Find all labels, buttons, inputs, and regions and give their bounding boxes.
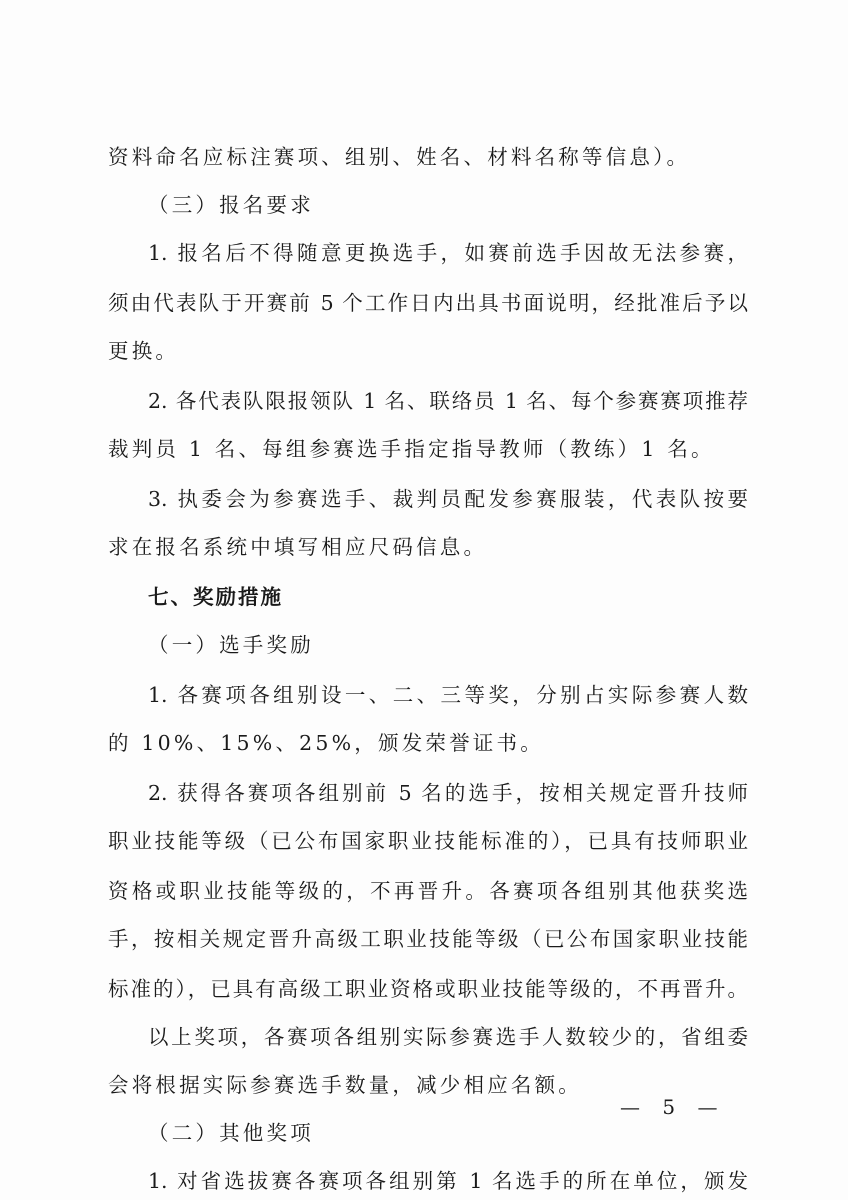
body-line: 裁判员 1 名、每组参赛选手指定指导教师（教练）1 名。 [108, 434, 748, 464]
body-line: 更换。 [108, 336, 748, 366]
body-line: 的 10%、15%、25%，颁发荣誉证书。 [108, 728, 748, 758]
body-line: 资料命名应标注赛项、组别、姓名、材料名称等信息）。 [108, 142, 748, 172]
body-line: 手，按相关规定晋升高级工职业技能等级（已公布国家职业技能 [108, 924, 748, 954]
body-line: 1. 报名后不得随意更换选手，如赛前选手因故无法参赛， [148, 238, 748, 268]
body-line: 须由代表队于开赛前 5 个工作日内出具书面说明，经批准后予以 [108, 288, 748, 318]
section-heading-rewards: 七、奖励措施 [148, 582, 748, 612]
subheading-registration-requirements: （三）报名要求 [148, 190, 748, 220]
body-line: 求在报名系统中填写相应尺码信息。 [108, 532, 748, 562]
page-number: — 5 — [620, 1094, 725, 1120]
body-line: 2. 获得各赛项各组别前 5 名的选手，按相关规定晋升技师 [148, 778, 748, 808]
body-line: 职业技能等级（已公布国家职业技能标准的），已具有技师职业 [108, 826, 748, 856]
body-line: 资格或职业技能等级的，不再晋升。各赛项各组别其他获奖选 [108, 876, 748, 906]
body-line: 标准的），已具有高级工职业资格或职业技能等级的，不再晋升。 [108, 974, 748, 1004]
subheading-other-awards: （二）其他奖项 [148, 1118, 748, 1148]
body-line: 1. 各赛项各组别设一、二、三等奖，分别占实际参赛人数 [148, 680, 748, 710]
body-line: 1. 对省选拔赛各赛项各组别第 1 名选手的所在单位，颁发 [148, 1166, 748, 1196]
body-line: 3. 执委会为参赛选手、裁判员配发参赛服装，代表队按要 [148, 484, 748, 514]
body-line: 2. 各代表队限报领队 1 名、联络员 1 名、每个参赛赛项推荐 [148, 386, 748, 416]
subheading-contestant-rewards: （一）选手奖励 [148, 630, 748, 660]
document-page: 资料命名应标注赛项、组别、姓名、材料名称等信息）。 （三）报名要求 1. 报名后… [0, 0, 848, 1200]
body-line: 以上奖项，各赛项各组别实际参赛选手人数较少的，省组委 [148, 1022, 748, 1052]
